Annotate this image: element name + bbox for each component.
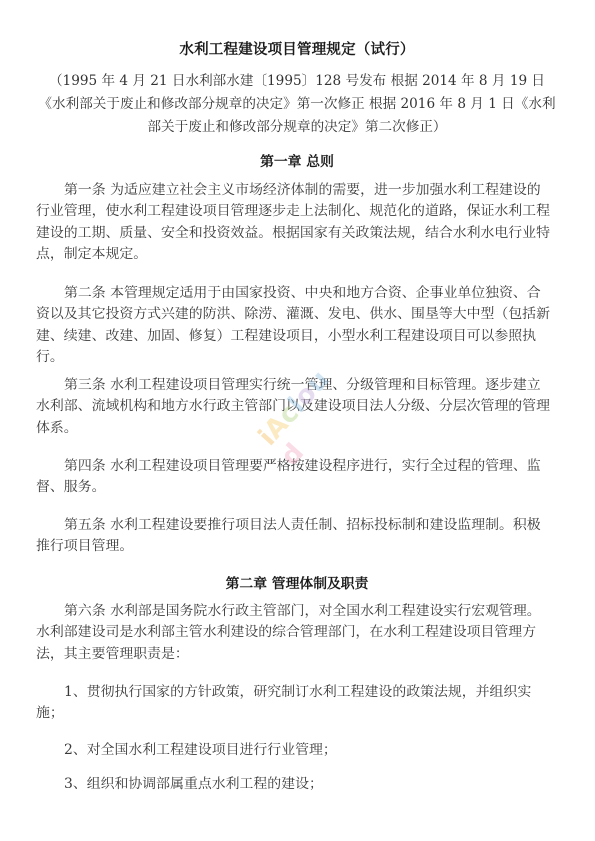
paragraph-line: 1、贯彻执行国家的方针政策，研究制订水利工程建设的政策法规，并组织实 bbox=[36, 682, 558, 703]
paragraph-line: 第五条 水利工程建设要推行项目法人责任制、招标投标制和建设监理制。积极 bbox=[36, 515, 558, 536]
paragraph-line: 点，制定本规定。 bbox=[36, 244, 558, 265]
article-1: 第一条 为适应建立社会主义市场经济体制的需要，进一步加强水利工程建设的 行业管理… bbox=[36, 180, 558, 266]
paragraph-line: 施； bbox=[36, 703, 558, 724]
paragraph-line: 2、对全国水利工程建设项目进行行业管理； bbox=[36, 740, 558, 761]
paragraph-line: 第三条 水利工程建设项目管理实行统一管理、分级管理和目标管理。逐步建立 bbox=[36, 375, 558, 396]
paragraph-line: 第四条 水利工程建设项目管理要严格按建设程序进行，实行全过程的管理、监 bbox=[36, 456, 558, 477]
article-2: 第二条 本管理规定适用于由国家投资、中央和地方合资、企事业单位独资、合 资以及其… bbox=[36, 283, 558, 369]
source-note-line: （1995 年 4 月 21 日水利部水建〔1995〕128 号发布 根据 20… bbox=[36, 70, 558, 93]
paragraph-line: 第二条 本管理规定适用于由国家投资、中央和地方合资、企事业单位独资、合 bbox=[36, 283, 558, 304]
paragraph-line: 建设的工期、质量、安全和投资效益。根据国家有关政策法规，结合水利水电行业特 bbox=[36, 223, 558, 244]
paragraph-line: 第一条 为适应建立社会主义市场经济体制的需要，进一步加强水利工程建设的 bbox=[36, 180, 558, 201]
paragraph-line: 水利部建设司是水利部主管水利建设的综合管理部门，在水利工程建设项目管理方 bbox=[36, 622, 558, 643]
paragraph-line: 资以及其它投资方式兴建的防洪、除涝、灌溉、发电、供水、围垦等大中型（包括新 bbox=[36, 304, 558, 325]
paragraph-line: 体系。 bbox=[36, 418, 558, 439]
document-title: 水利工程建设项目管理规定（试行） bbox=[36, 38, 558, 59]
document-source-note: （1995 年 4 月 21 日水利部水建〔1995〕128 号发布 根据 20… bbox=[36, 70, 558, 139]
duty-item-2: 2、对全国水利工程建设项目进行行业管理； bbox=[36, 740, 558, 761]
source-note-line: 《水利部关于废止和修改部分规章的决定》第一次修正 根据 2016 年 8 月 1… bbox=[36, 93, 558, 116]
duty-item-3: 3、组织和协调部属重点水利工程的建设； bbox=[36, 774, 558, 795]
paragraph-line: 第六条 水利部是国务院水行政主管部门，对全国水利工程建设实行宏观管理。 bbox=[36, 601, 558, 622]
paragraph-line: 行业管理，使水利工程建设项目管理逐步走上法制化、规范化的道路，保证水利工程 bbox=[36, 201, 558, 222]
article-4: 第四条 水利工程建设项目管理要严格按建设程序进行，实行全过程的管理、监 督、服务… bbox=[36, 456, 558, 499]
source-note-line: 部关于废止和修改部分规章的决定》第二次修正） bbox=[36, 116, 558, 139]
paragraph-line: 行。 bbox=[36, 347, 558, 368]
chapter-heading-1: 第一章 总则 bbox=[36, 150, 558, 170]
paragraph-line: 建、续建、改建、加固、修复）工程建设项目，小型水利工程建设项目可以参照执 bbox=[36, 326, 558, 347]
chapter-heading-2: 第二章 管理体制及职责 bbox=[36, 572, 558, 592]
article-3: 第三条 水利工程建设项目管理实行统一管理、分级管理和目标管理。逐步建立 水利部、… bbox=[36, 375, 558, 439]
paragraph-line: 督、服务。 bbox=[36, 477, 558, 498]
paragraph-line: 推行项目管理。 bbox=[36, 536, 558, 557]
paragraph-line: 3、组织和协调部属重点水利工程的建设； bbox=[36, 774, 558, 795]
article-6: 第六条 水利部是国务院水行政主管部门，对全国水利工程建设实行宏观管理。 水利部建… bbox=[36, 601, 558, 665]
article-5: 第五条 水利工程建设要推行项目法人责任制、招标投标制和建设监理制。积极 推行项目… bbox=[36, 515, 558, 558]
duty-item-1: 1、贯彻执行国家的方针政策，研究制订水利工程建设的政策法规，并组织实 施； bbox=[36, 682, 558, 725]
paragraph-line: 法，其主要管理职责是： bbox=[36, 644, 558, 665]
paragraph-line: 水利部、流域机构和地方水行政主管部门以及建设项目法人分级、分层次管理的管理 bbox=[36, 396, 558, 417]
